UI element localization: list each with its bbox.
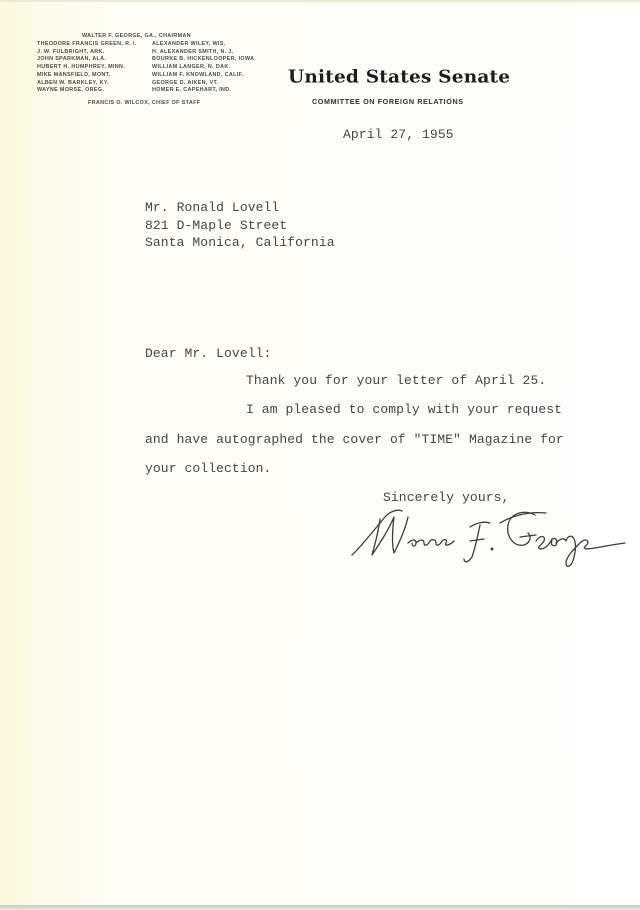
member-name: ALEXANDER WILEY, WIS. — [152, 41, 254, 49]
letter-paper — [0, 0, 640, 905]
recipient-street: 821 D-Maple Street — [145, 217, 335, 235]
member-name: HOMER E. CAPEHART, IND. — [152, 87, 254, 95]
member-name: THEODORE FRANCIS GREEN, R. I. — [37, 41, 137, 49]
letterhead-chairman: WALTER F. GEORGE, GA., CHAIRMAN — [82, 33, 191, 41]
letterhead-committee: COMMITTEE ON FOREIGN RELATIONS — [312, 97, 464, 106]
member-name: J. W. FULBRIGHT, ARK. — [37, 49, 137, 57]
letterhead-title: United States Senate — [288, 68, 510, 88]
signature — [350, 505, 630, 575]
member-name: WAYNE MORSE, OREG. — [37, 87, 137, 95]
closing: Sincerely yours, — [383, 490, 509, 505]
recipient-name: Mr. Ronald Lovell — [145, 199, 335, 217]
letterhead-members-right: ALEXANDER WILEY, WIS. H. ALEXANDER SMITH… — [152, 41, 254, 95]
letter-date: April 27, 1955 — [343, 127, 454, 142]
letterhead-chief-of-staff: FRANCIS O. WILCOX, CHIEF OF STAFF — [88, 100, 200, 108]
recipient-city: Santa Monica, California — [145, 234, 335, 252]
member-name: WILLIAM F. KNOWLAND, CALIF. — [152, 72, 254, 80]
member-name: ALBEN W. BARKLEY, KY. — [37, 80, 137, 88]
member-name: JOHN SPARKMAN, ALA. — [37, 56, 137, 64]
letterhead-members-left: THEODORE FRANCIS GREEN, R. I. J. W. FULB… — [37, 41, 137, 95]
body-line: and have autographed the cover of "TIME"… — [145, 432, 564, 447]
body-line: I am pleased to comply with your request — [246, 402, 562, 417]
body-line: your collection. — [145, 461, 271, 476]
salutation: Dear Mr. Lovell: — [145, 346, 271, 361]
recipient-address: Mr. Ronald Lovell 821 D-Maple Street San… — [145, 199, 335, 252]
body-line: Thank you for your letter of April 25. — [246, 373, 546, 388]
paper-top-edge — [0, 0, 640, 2]
paper-bottom-edge — [0, 905, 640, 910]
member-name: WILLIAM LANGER, N. DAK. — [152, 64, 254, 72]
member-name: HUBERT H. HUMPHREY, MINN. — [37, 64, 137, 72]
member-name: BOURKE B. HICKENLOOPER, IOWA — [152, 56, 254, 64]
member-name: H. ALEXANDER SMITH, N. J. — [152, 49, 254, 57]
member-name: MIKE MANSFIELD, MONT. — [37, 72, 137, 80]
member-name: GEORGE D. AIKEN, VT. — [152, 80, 254, 88]
